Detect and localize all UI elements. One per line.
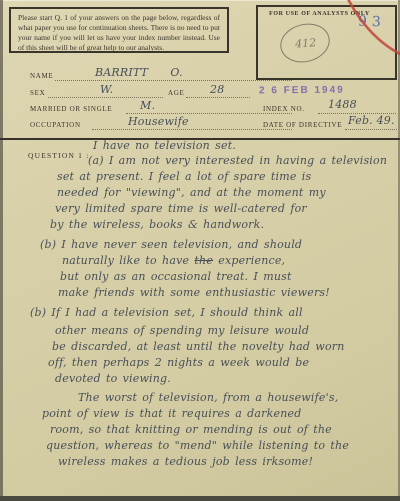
handwriting-line: but only as an occasional treat. I must [60,269,292,284]
handwriting-line: room, so that knitting or mending is out… [50,422,332,437]
handwriting-line: The worst of television, from a housewif… [78,390,338,405]
index-no-label: INDEX NO. [263,105,305,113]
handwriting-line: devoted to viewing. [55,371,171,386]
handwriting-line: (b) If I had a television set, I should … [30,305,303,320]
pencil-circle: 412 [276,19,334,68]
married-dotted-line [126,113,292,114]
handwriting-line: other means of spending my leisure would [55,323,309,338]
handwriting-line: wireless makes a tedious job less irksom… [58,454,313,469]
handwriting-preface: I have no television set. [93,138,236,153]
name-label: NAME [30,72,53,80]
date-received-stamp: 2 6 FEB 1949 [259,85,345,97]
directive-dotted-line [345,129,397,130]
handwriting-line: (b) I have never seen television, and sh… [40,237,302,252]
handwriting-line: needed for "viewing", and at the moment … [57,185,326,200]
instructions-text: Please start Q. 1 of your answers on the… [18,13,220,53]
date-of-directive-label: DATE OF DIRECTIVE [263,121,342,129]
handwriting-line: question, whereas to "mend" while listen… [46,438,349,453]
occupation-label: OCCUPATION [30,121,81,129]
handwriting-line: by the wireless, books & handwork. [50,217,264,232]
name-value: BARRITT O. [95,66,183,79]
name-dotted-line [55,80,292,81]
age-value: 28 [210,83,224,96]
handwriting-line: naturally like to have the experience, [62,253,285,268]
question-label: QUESTION 1 : [28,151,89,160]
handwriting-line: make friends with some enthusiastic view… [58,285,330,300]
circled-number: 412 [294,36,316,50]
sex-value: W. [100,83,113,96]
handwriting-line: (a) I am not very interested in having a… [88,153,387,168]
married-or-single-label: MARRIED OR SINGLE [30,105,112,113]
occupation-dotted-line [92,129,292,130]
handwriting-line: off, then perhaps 2 nights a week would … [48,355,309,370]
age-dotted-line [186,97,250,98]
instructions-box: Please start Q. 1 of your answers on the… [9,7,229,53]
handwriting-line: be discarded, at least until the novelty… [52,339,345,354]
age-label: AGE [168,89,185,97]
handwriting-line: very limited spare time is well-catered … [55,201,307,216]
handwriting-line: point of view is that it requires a dark… [42,406,301,421]
sex-dotted-line [48,97,163,98]
sex-label: SEX [30,89,45,97]
occupation-value: Housewife [128,115,189,128]
handwriting-line: set at present. I feel a lot of spare ti… [57,169,311,184]
index-no-value: 1488 [328,98,357,111]
struck-word: the [194,254,213,267]
married-value: M. [140,99,155,112]
date-of-directive-value: Feb. 49. [348,114,395,127]
survey-sheet-scan: Please start Q. 1 of your answers on the… [0,0,400,501]
corner-number: 93 [358,14,386,31]
